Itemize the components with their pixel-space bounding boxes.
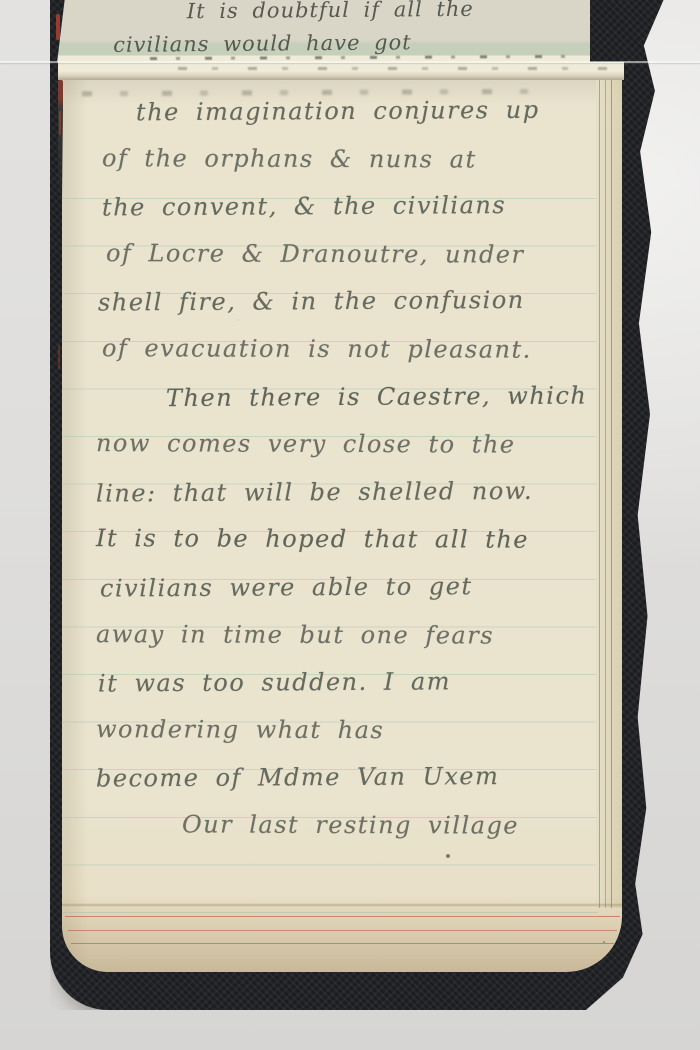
stack-edge-red-line [68,930,617,942]
flipped-previous-page: It is doubtful if all thecivilians would… [55,0,590,62]
handwritten-line: the convent, & the civilians [96,182,596,233]
spine-edge-sliver [58,80,63,200]
notebook-photo: It is doubtful if all thecivilians would… [0,0,700,1050]
spine-red-flecks [56,14,60,40]
curl-ink-smudge [178,67,608,70]
handwritten-line: of evacuation is not pleasant. [96,325,596,374]
notebook-page: the imagination conjures upof the orphan… [62,76,622,972]
handwritten-line: civilians were able to get [96,562,596,613]
handwritten-line: line: that will be shelled now. [96,467,596,518]
handwritten-line: it was too sudden. I am [96,658,596,709]
stack-edge-red-line [65,916,620,928]
previous-page-handwriting: It is doubtful if all thecivilians would… [91,0,572,62]
handwritten-line: of the orphans & nuns at [96,135,596,184]
handwritten-line: now comes very close to the [96,420,596,469]
page-top-curl [58,62,624,80]
page-handwriting: the imagination conjures upof the orphan… [96,88,596,850]
foxing-specks [446,854,450,858]
glass-seam-line [0,61,700,63]
stack-crease [62,904,622,906]
handwritten-line: Then there is Caestre, which [96,372,596,423]
handwritten-line: wondering what has [96,706,596,755]
handwritten-line: shell fire, & in the confusion [96,277,596,328]
handwritten-line: Our last resting village [96,801,596,850]
red-sprinkled-fore-edge [596,78,622,908]
handwritten-line: become of Mdme Van Uxem [96,753,596,804]
handwritten-line: the imagination conjures up [96,86,596,137]
page-stack-bottom [62,894,622,972]
handwritten-line: away in time but one fears [96,611,596,660]
stack-edge-red-line [71,943,614,955]
handwritten-line: It is to be hoped that all the [96,515,596,564]
handwritten-line: of Locre & Dranoutre, under [96,230,596,279]
